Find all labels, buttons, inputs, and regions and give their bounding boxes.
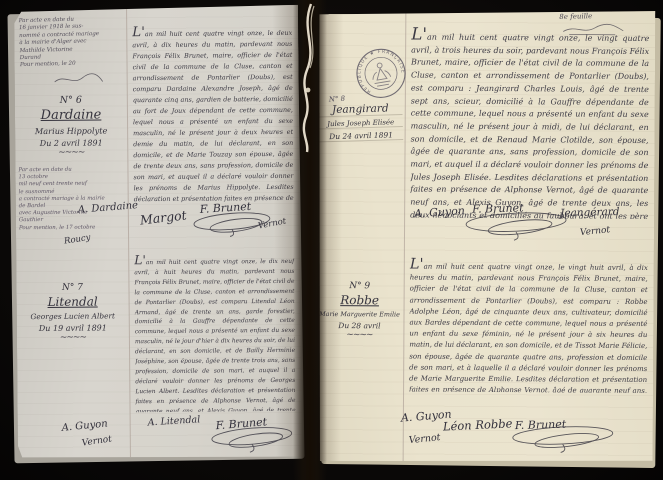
signature-vernot: Vernot — [81, 434, 112, 448]
divider-squiggle: ~~~~ — [19, 147, 123, 158]
signature-vernot: Vernot — [408, 432, 441, 446]
signature-litendal: A. Litendal — [147, 414, 200, 428]
act-given-names: Georges Lucien Albert — [21, 311, 125, 321]
register-photo: Par acte en date du 16 janvier 1918 le s… — [0, 0, 663, 480]
act-date: Du 24 avril 1891 — [319, 130, 403, 142]
divider-squiggle: ~~~~ — [317, 330, 401, 341]
signature-vernot: Vernot — [580, 225, 611, 238]
act-given-names: Jules Joseph Elisée — [319, 118, 403, 129]
act-6-text: L'an mil huit cent quatre vingt onze, le… — [132, 25, 294, 206]
brunet-paraph-icon — [204, 425, 302, 454]
act-surname: Litendal — [21, 294, 125, 309]
act-9-margin-entry: N° 9 Robbe Marie Marguerite Emilie Du 28… — [317, 281, 401, 341]
act-8-text: L'an mil huit cent quatre vingt onze, le… — [410, 26, 649, 219]
act-7-text: L'an mil huit cent quatre vingt onze, le… — [134, 253, 295, 412]
republique-francaise-stamp-icon: RÉPUBLIQUE ★ FRANÇAISE — [351, 43, 411, 103]
marginal-signature: Roucy — [63, 233, 91, 247]
marginal-mention-marriage-2: Par acte en date du 13 octobre mil neuf … — [18, 166, 125, 232]
margin-rule-left — [126, 6, 131, 458]
act-number: N° 9 — [318, 281, 402, 292]
act-number: N° 7 — [20, 282, 124, 293]
act-number: N° 6 — [19, 94, 123, 106]
act-surname: Jeangirard — [318, 102, 402, 117]
signature-robbe: Léon Robbe — [443, 416, 513, 433]
folio-corner-note: 8e feuille — [559, 12, 592, 21]
right-page: 8e feuille RÉPUBLIQUE ★ FRANÇAISE N° 8 — [317, 9, 656, 463]
binding-thread-icon — [292, 2, 328, 154]
act-7-margin-entry: N° 7 Litendal Georges Lucien Albert Du 1… — [20, 282, 125, 343]
divider-squiggle: ~~~~ — [21, 332, 125, 343]
marginal-paraph-icon — [53, 72, 105, 86]
brunet-paraph-icon — [505, 424, 625, 455]
marginal-mention-marriage-1: Par acte en date du 16 janvier 1918 le s… — [19, 15, 124, 70]
act-given-names: Marie Marguerite Emilie — [317, 310, 401, 319]
act-number: N° 8 — [329, 95, 346, 104]
act-given-names: Marius Hippolyte — [19, 125, 123, 136]
left-page: Par acte en date du 16 janvier 1918 le s… — [14, 5, 302, 459]
act-date: Du 28 avril — [317, 321, 401, 331]
act-8-margin-entry: Jeangirard Jules Joseph Elisée Du 24 avr… — [318, 102, 403, 142]
signature-margot: Margot — [139, 207, 187, 227]
signature-guyon: A. Guyon — [61, 418, 108, 433]
act-9-text: L'an mil huit cent quatre vingt onze, le… — [409, 258, 648, 393]
act-6-margin-entry: N° 6 Dardaine Marius Hippolyte Du 2 avri… — [19, 94, 124, 158]
act-surname: Dardaine — [19, 107, 123, 123]
signature-jeangerard: Jeangérard — [560, 206, 620, 220]
act-surname: Robbe — [318, 293, 402, 308]
